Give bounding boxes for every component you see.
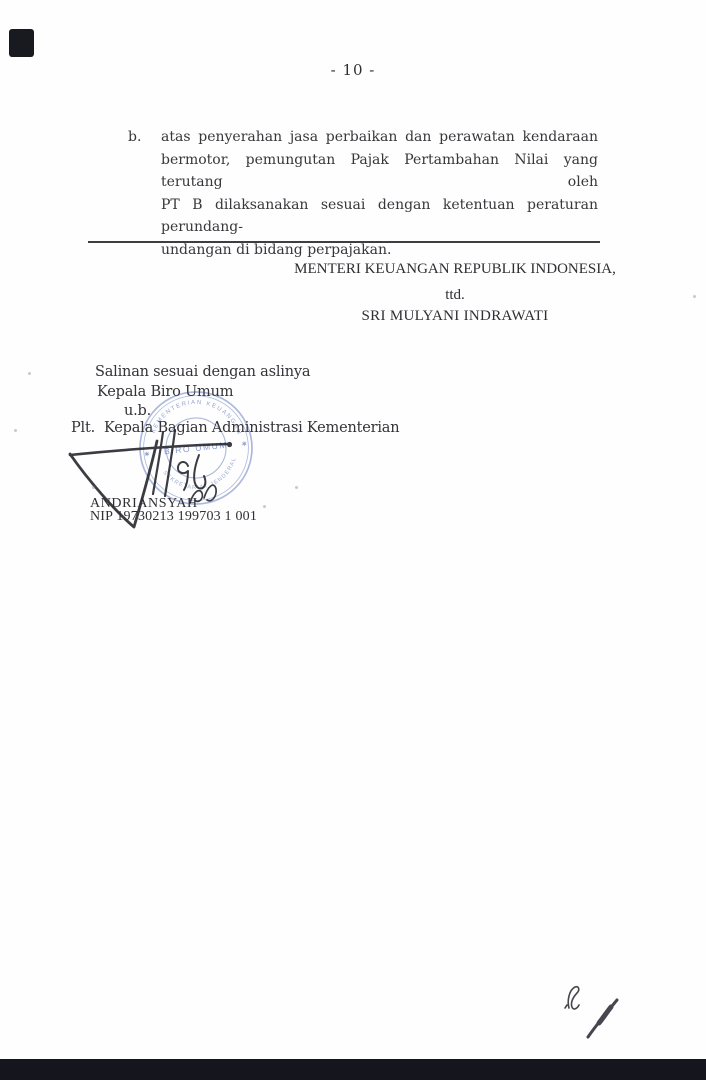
handwritten-initials <box>555 978 630 1043</box>
scan-speck <box>14 429 17 432</box>
official-stamp: KEMENTERIAN KEUANGAN SEKRETARIAT JENDERA… <box>129 381 263 515</box>
stamp-star-left-icon: ✱ <box>144 451 150 458</box>
scan-speck <box>92 486 95 489</box>
scan-artifact-bottom-bar <box>0 1059 706 1080</box>
ttd-label: ttd. <box>288 287 622 304</box>
plt-title-line: Plt.Kepala Bagian Administrasi Kementeri… <box>71 420 399 436</box>
authority-title: MENTERI KEUANGAN REPUBLIK INDONESIA, <box>288 261 622 278</box>
scan-speck <box>263 505 266 508</box>
paragraph-line: bermotor, pemungutan Pajak Pertambahan N… <box>161 149 598 194</box>
page-number: - 10 - <box>0 61 706 79</box>
horizontal-rule <box>88 241 600 243</box>
scan-artifact-corner-blob <box>9 29 34 57</box>
document-page: - 10 - b. atas penyerahan jasa perbaikan… <box>0 0 706 1080</box>
plt-prefix: Plt. <box>71 420 95 436</box>
salinan-line: Salinan sesuai dengan aslinya <box>95 364 310 380</box>
minister-name: SRI MULYANI INDRAWATI <box>288 308 622 325</box>
stamp-center-text: BIRO UMUM <box>163 440 228 457</box>
scan-speck <box>295 486 298 489</box>
signer-nip: NIP 19730213 199703 1 001 <box>90 509 257 525</box>
scan-speck <box>693 295 696 298</box>
paragraph-line: atas penyerahan jasa perbaikan dan peraw… <box>161 126 598 149</box>
list-marker-b: b. <box>128 126 141 149</box>
plt-title: Kepala Bagian Administrasi Kementerian <box>104 420 399 436</box>
scan-speck <box>28 372 31 375</box>
ub-line: u.b. <box>124 403 151 419</box>
paragraph-line: PT B dilaksanakan sesuai dengan ketentua… <box>161 194 598 239</box>
kepala-biro-line: Kepala Biro Umum <box>97 384 233 400</box>
stamp-star-right-icon: ✱ <box>242 441 248 448</box>
